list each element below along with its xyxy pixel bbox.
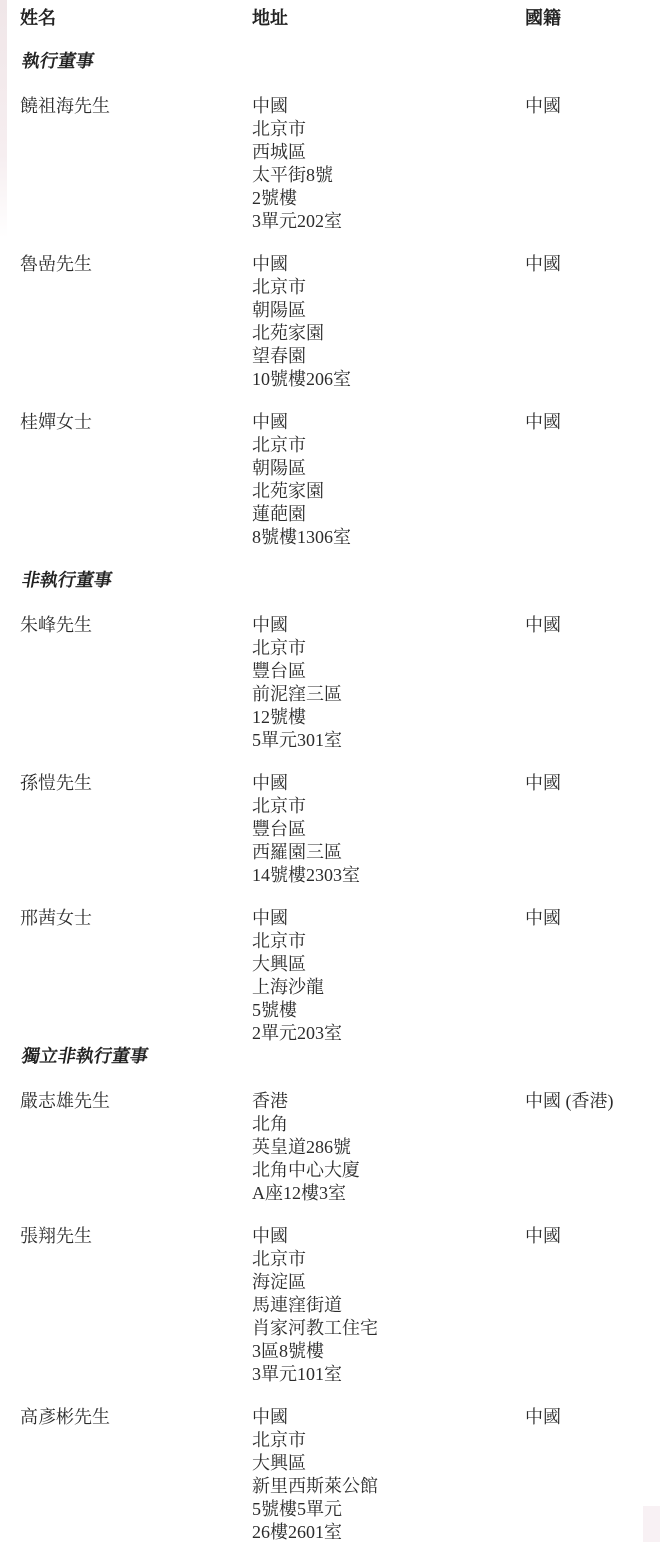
- director-nationality: 中國: [525, 1225, 660, 1248]
- director-address: 中國北京市海淀區馬連窪街道肖家河教工住宅3區8號樓3單元101室: [252, 1225, 525, 1386]
- address-line: 26樓2601室: [252, 1521, 525, 1542]
- address-line: 3單元101室: [252, 1363, 525, 1386]
- address-line: 北苑家園: [252, 322, 525, 345]
- address-line: 北京市: [252, 276, 525, 299]
- address-line: 前泥窪三區: [252, 683, 525, 706]
- director-address: 中國北京市朝陽區北苑家園望春園10號樓206室: [252, 253, 525, 391]
- address-line: 肖家河教工住宅: [252, 1317, 525, 1340]
- address-line: 14號樓2303室: [252, 864, 525, 887]
- section-title-text: 執行董事: [20, 50, 96, 73]
- address-line: 8號樓1306室: [252, 526, 525, 549]
- section-title: 執行董事: [0, 50, 660, 73]
- address-line: 馬連窪街道: [252, 1294, 525, 1317]
- director-address: 中國北京市朝陽區北苑家園蓮葩園8號樓1306室: [252, 411, 525, 549]
- address-line: 大興區: [252, 1452, 525, 1475]
- section-rows: 朱峰先生 中國北京市豐台區前泥窪三區12號樓5單元301室 中國 孫愷先生 中國…: [0, 614, 660, 1045]
- director-row: 魯嵒先生 中國北京市朝陽區北苑家園望春園10號樓206室 中國: [0, 253, 660, 391]
- address-line: A座12樓3室: [252, 1182, 525, 1205]
- address-line: 中國: [252, 411, 525, 434]
- director-address: 中國北京市西城區太平街8號2號樓3單元202室: [252, 95, 525, 233]
- address-line: 3區8號樓: [252, 1340, 525, 1363]
- address-line: 蓮葩園: [252, 503, 525, 526]
- director-row: 張翔先生 中國北京市海淀區馬連窪街道肖家河教工住宅3區8號樓3單元101室 中國: [0, 1225, 660, 1386]
- address-line: 北角: [252, 1113, 525, 1136]
- address-line: 5號樓5單元: [252, 1498, 525, 1521]
- column-header-name: 姓名: [0, 7, 252, 30]
- column-header-address: 地址: [252, 7, 525, 30]
- address-line: 10號樓206室: [252, 368, 525, 391]
- director-name: 嚴志雄先生: [0, 1090, 252, 1113]
- section-title-text: 獨立非執行董事: [20, 1045, 150, 1068]
- address-line: 北京市: [252, 637, 525, 660]
- section-rows: 嚴志雄先生 香港北角英皇道286號北角中心大廈A座12樓3室 中國 (香港) 張…: [0, 1090, 660, 1542]
- address-line: 3單元202室: [252, 210, 525, 233]
- director-name: 魯嵒先生: [0, 253, 252, 276]
- table-header: 姓名 地址 國籍: [0, 7, 660, 30]
- address-line: 西羅園三區: [252, 841, 525, 864]
- address-line: 中國: [252, 253, 525, 276]
- section-title: 獨立非執行董事: [0, 1045, 660, 1068]
- director-section: 獨立非執行董事 嚴志雄先生 香港北角英皇道286號北角中心大廈A座12樓3室 中…: [0, 1045, 660, 1542]
- address-line: 香港: [252, 1090, 525, 1113]
- director-row: 高彥彬先生 中國北京市大興區新里西斯萊公館5號樓5單元26樓2601室 中國: [0, 1406, 660, 1542]
- address-line: 中國: [252, 1225, 525, 1248]
- address-line: 中國: [252, 907, 525, 930]
- address-line: 望春園: [252, 345, 525, 368]
- address-line: 朝陽區: [252, 299, 525, 322]
- director-row: 孫愷先生 中國北京市豐台區西羅園三區14號樓2303室 中國: [0, 772, 660, 887]
- address-line: 上海沙龍: [252, 976, 525, 999]
- director-section: 執行董事 饒祖海先生 中國北京市西城區太平街8號2號樓3單元202室 中國 魯嵒…: [0, 50, 660, 549]
- director-nationality: 中國: [525, 614, 660, 637]
- directors-page: 姓名 地址 國籍 執行董事 饒祖海先生 中國北京市西城區太平街8號2號樓3單元2…: [0, 0, 660, 1542]
- address-line: 5號樓: [252, 999, 525, 1022]
- address-line: 西城區: [252, 141, 525, 164]
- address-line: 英皇道286號: [252, 1136, 525, 1159]
- address-line: 北京市: [252, 434, 525, 457]
- address-line: 2號樓: [252, 187, 525, 210]
- address-line: 北苑家園: [252, 480, 525, 503]
- address-line: 5單元301室: [252, 729, 525, 752]
- address-line: 大興區: [252, 953, 525, 976]
- address-line: 新里西斯萊公館: [252, 1475, 525, 1498]
- director-row: 桂嬋女士 中國北京市朝陽區北苑家園蓮葩園8號樓1306室 中國: [0, 411, 660, 549]
- director-row: 饒祖海先生 中國北京市西城區太平街8號2號樓3單元202室 中國: [0, 95, 660, 233]
- address-line: 中國: [252, 95, 525, 118]
- director-row: 邢茜女士 中國北京市大興區上海沙龍5號樓2單元203室 中國: [0, 907, 660, 1045]
- director-section: 非執行董事 朱峰先生 中國北京市豐台區前泥窪三區12號樓5單元301室 中國 孫…: [0, 569, 660, 1045]
- director-nationality: 中國 (香港): [525, 1090, 660, 1113]
- director-name: 高彥彬先生: [0, 1406, 252, 1429]
- director-nationality: 中國: [525, 772, 660, 795]
- section-rows: 饒祖海先生 中國北京市西城區太平街8號2號樓3單元202室 中國 魯嵒先生 中國…: [0, 95, 660, 549]
- director-name: 饒祖海先生: [0, 95, 252, 118]
- director-row: 嚴志雄先生 香港北角英皇道286號北角中心大廈A座12樓3室 中國 (香港): [0, 1090, 660, 1205]
- director-row: 朱峰先生 中國北京市豐台區前泥窪三區12號樓5單元301室 中國: [0, 614, 660, 752]
- section-title: 非執行董事: [0, 569, 660, 592]
- address-line: 12號樓: [252, 706, 525, 729]
- director-name: 張翔先生: [0, 1225, 252, 1248]
- section-title-text: 非執行董事: [20, 569, 114, 592]
- director-name: 孫愷先生: [0, 772, 252, 795]
- director-name: 朱峰先生: [0, 614, 252, 637]
- address-line: 北角中心大廈: [252, 1159, 525, 1182]
- address-line: 北京市: [252, 1248, 525, 1271]
- address-line: 北京市: [252, 118, 525, 141]
- director-nationality: 中國: [525, 253, 660, 276]
- director-name: 邢茜女士: [0, 907, 252, 930]
- director-address: 中國北京市豐台區西羅園三區14號樓2303室: [252, 772, 525, 887]
- address-line: 北京市: [252, 795, 525, 818]
- director-nationality: 中國: [525, 411, 660, 434]
- address-line: 中國: [252, 1406, 525, 1429]
- address-line: 2單元203室: [252, 1022, 525, 1045]
- address-line: 豐台區: [252, 660, 525, 683]
- director-address: 中國北京市大興區上海沙龍5號樓2單元203室: [252, 907, 525, 1045]
- director-nationality: 中國: [525, 1406, 660, 1429]
- address-line: 朝陽區: [252, 457, 525, 480]
- address-line: 豐台區: [252, 818, 525, 841]
- director-nationality: 中國: [525, 95, 660, 118]
- director-sections: 執行董事 饒祖海先生 中國北京市西城區太平街8號2號樓3單元202室 中國 魯嵒…: [0, 50, 660, 1542]
- director-address: 中國北京市大興區新里西斯萊公館5號樓5單元26樓2601室: [252, 1406, 525, 1542]
- director-nationality: 中國: [525, 907, 660, 930]
- director-address: 中國北京市豐台區前泥窪三區12號樓5單元301室: [252, 614, 525, 752]
- address-line: 北京市: [252, 930, 525, 953]
- address-line: 海淀區: [252, 1271, 525, 1294]
- address-line: 北京市: [252, 1429, 525, 1452]
- column-header-nationality: 國籍: [525, 7, 660, 30]
- director-address: 香港北角英皇道286號北角中心大廈A座12樓3室: [252, 1090, 525, 1205]
- address-line: 中國: [252, 614, 525, 637]
- director-name: 桂嬋女士: [0, 411, 252, 434]
- address-line: 太平街8號: [252, 164, 525, 187]
- address-line: 中國: [252, 772, 525, 795]
